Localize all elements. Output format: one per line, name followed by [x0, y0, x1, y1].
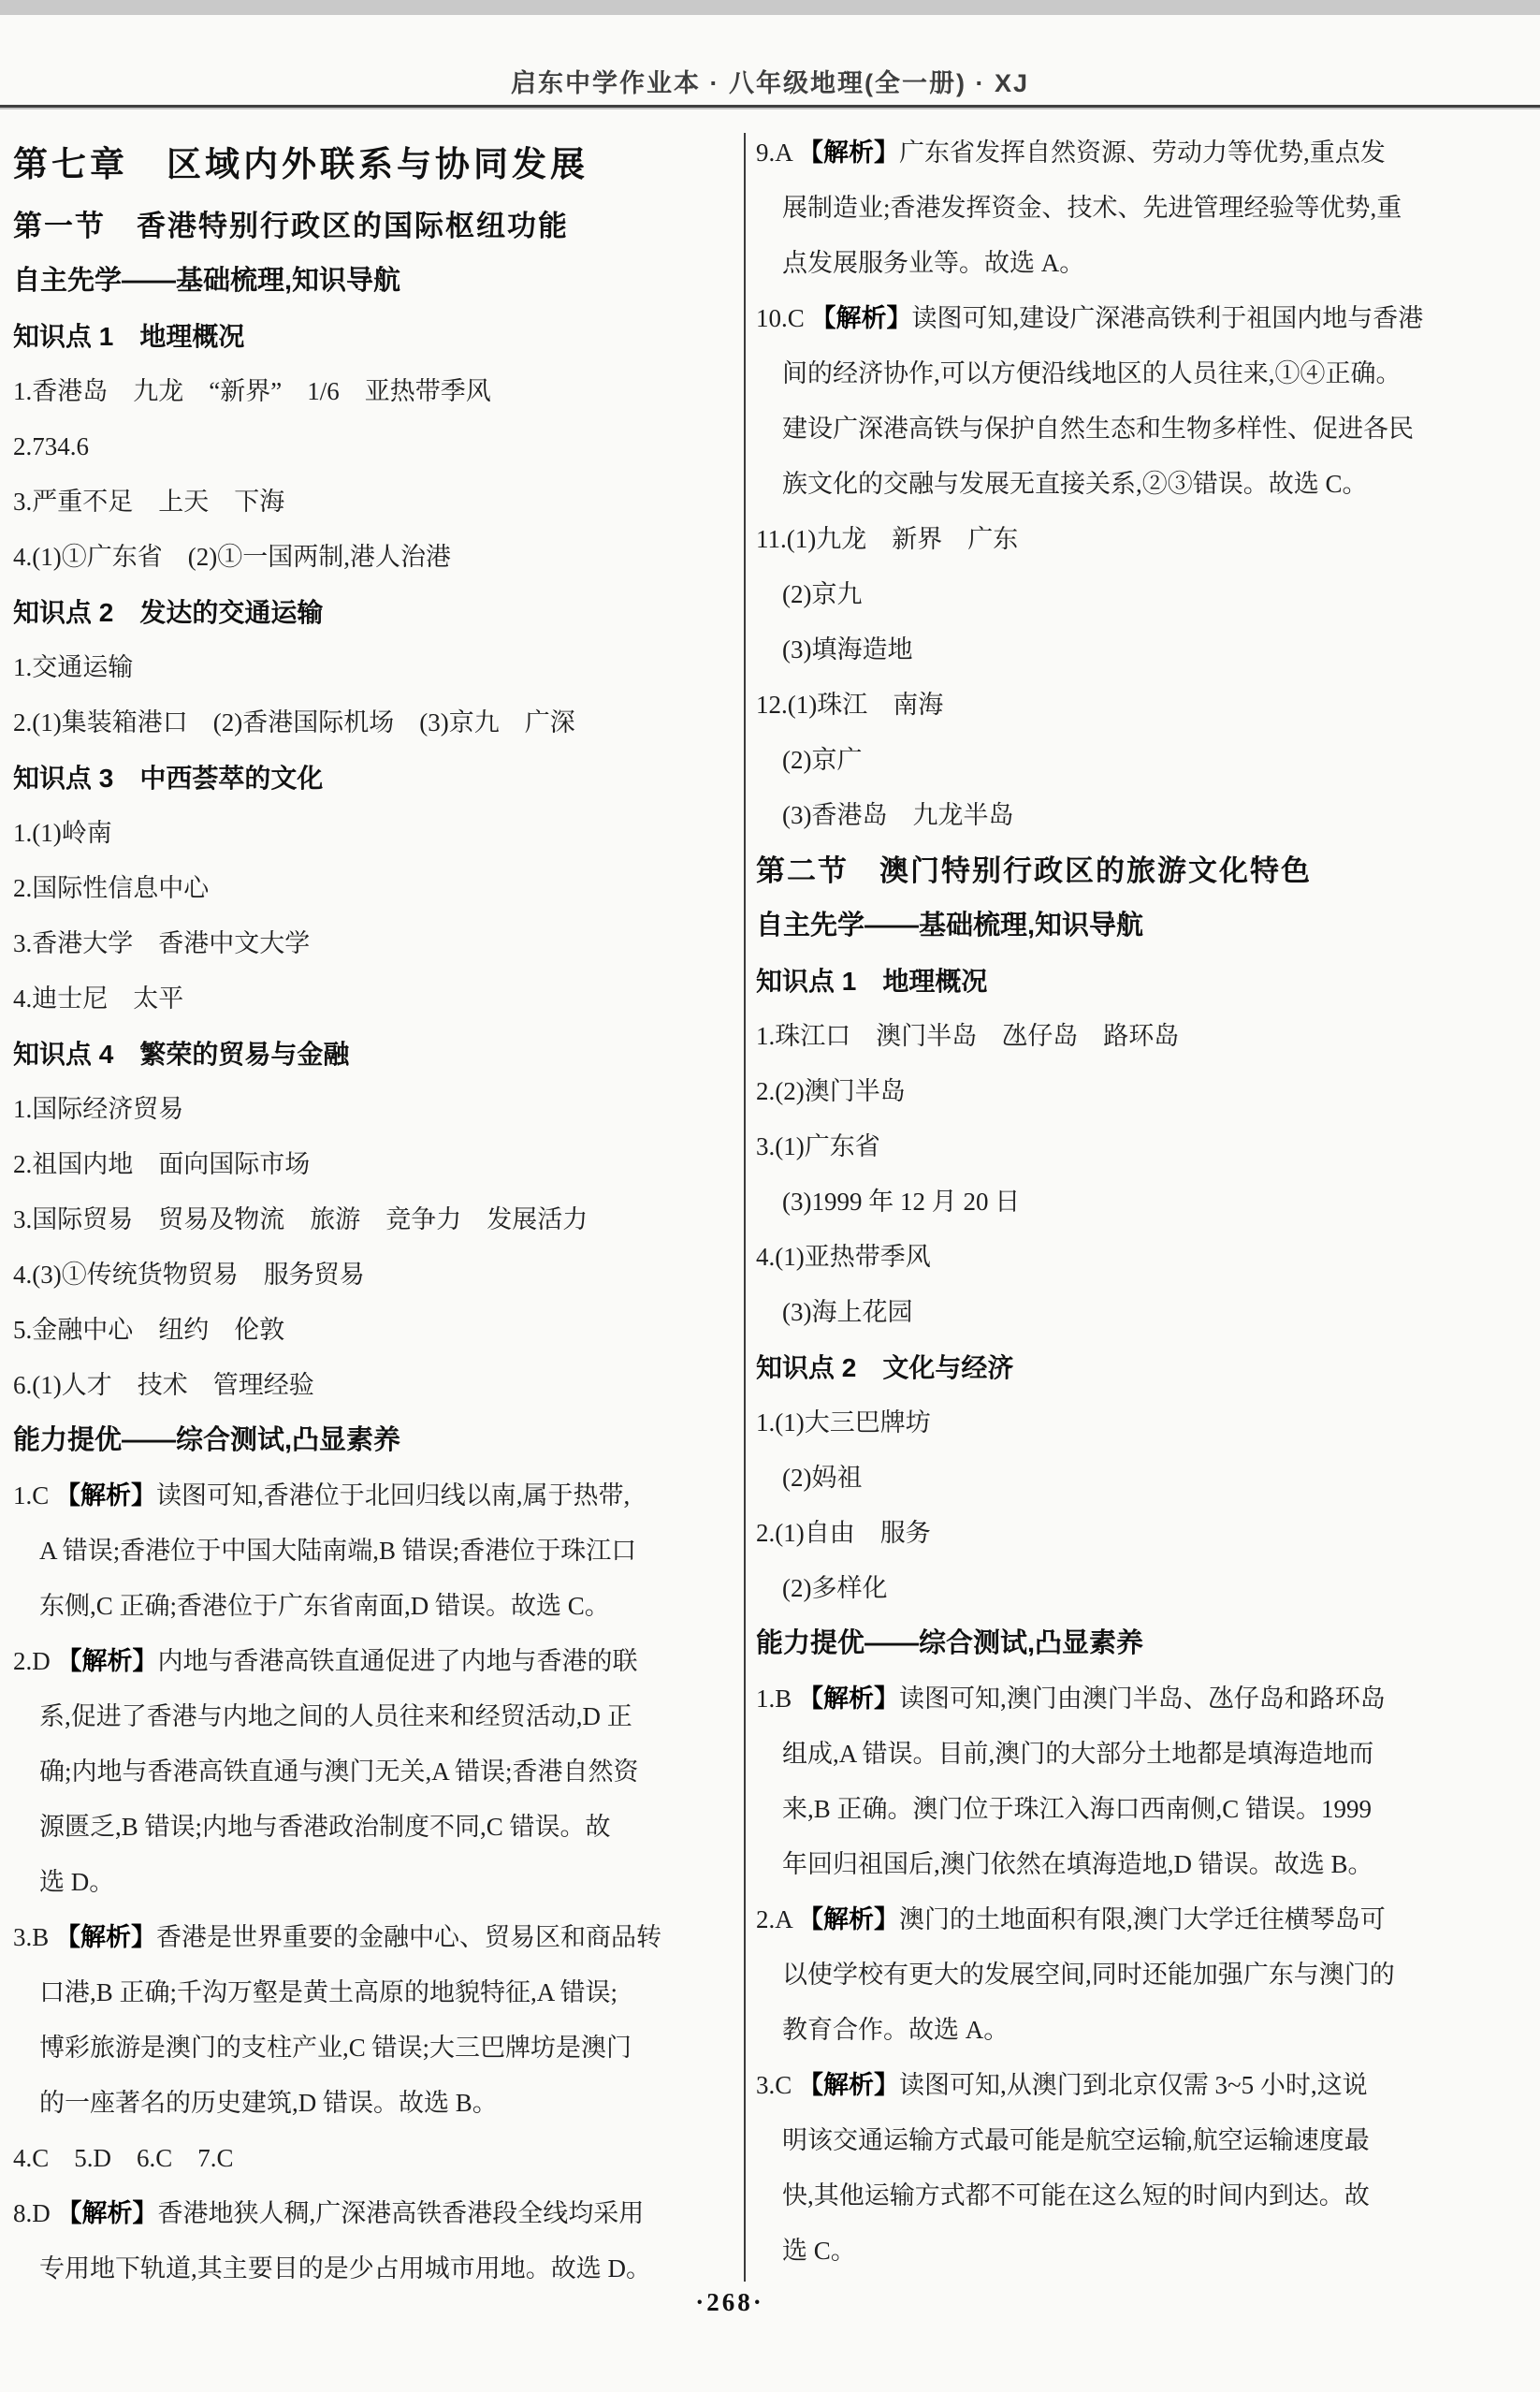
answer-line: 3.香港大学 香港中文大学: [13, 916, 739, 971]
answer-line: 来,B 正确。澳门位于珠江入海口西南侧,C 错误。1999: [756, 1782, 1536, 1837]
answer-line: 6.(1)人才 技术 管理经验: [13, 1358, 739, 1413]
analysis-label: 【解析】: [811, 304, 912, 332]
answer-line: 源匮乏,B 错误;内地与香港政治制度不同,C 错误。故: [13, 1800, 739, 1855]
answer-line: 4.(1)亚热带季风: [756, 1230, 1536, 1285]
answer-line: 3.国际贸易 贸易及物流 旅游 竞争力 发展活力: [13, 1192, 739, 1247]
answer-line: 系,促进了香港与内地之间的人员往来和经贸活动,D 正: [13, 1689, 739, 1744]
answer-line: 3.B 【解析】香港是世界重要的金融中心、贸易区和商品转: [13, 1910, 739, 1965]
answer-line: 建设广深港高铁与保护自然生态和生物多样性、促进各民: [756, 401, 1536, 457]
answer-line: (3)海上花园: [756, 1285, 1536, 1340]
page-number: ·268·: [0, 2288, 1460, 2317]
answer-line: 2.(2)澳门半岛: [756, 1064, 1536, 1119]
answer-line: 8.D 【解析】香港地狭人稠,广深港高铁香港段全线均采用: [13, 2186, 739, 2241]
answer-line: 明该交通运输方式最可能是航空运输,航空运输速度最: [756, 2113, 1536, 2168]
answer-line: 博彩旅游是澳门的支柱产业,C 错误;大三巴牌坊是澳门: [13, 2020, 739, 2076]
analysis-label: 【解析】: [798, 1685, 899, 1713]
analysis-label: 【解析】: [798, 139, 899, 167]
knowledge-point-heading: 知识点 3 中西荟萃的文化: [13, 751, 739, 806]
answer-line: 4.C 5.D 6.C 7.C: [13, 2131, 739, 2186]
workbook-page: 启东中学作业本 · 八年级地理(全一册) · XJ 第七章 区域内外联系与协同发…: [0, 0, 1540, 2392]
answer-line: (2)京九: [756, 567, 1536, 622]
knowledge-point-heading: 知识点 4 繁荣的贸易与金融: [13, 1027, 739, 1082]
header-rule: [0, 105, 1540, 109]
answer-line: 口港,B 正确;千沟万壑是黄土高原的地貌特征,A 错误;: [13, 1965, 739, 2020]
answer-line: 1.香港岛 九龙 “新界” 1/6 亚热带季风: [13, 364, 739, 419]
answer-line: 的一座著名的历史建筑,D 错误。故选 B。: [13, 2076, 739, 2131]
answer-line: 2.祖国内地 面向国际市场: [13, 1137, 739, 1192]
answer-line: 2.(1)自由 服务: [756, 1506, 1536, 1561]
answer-line: 确;内地与香港高铁直通与澳门无关,A 错误;香港自然资: [13, 1744, 739, 1800]
answer-line: 4.(1)①广东省 (2)①一国两制,港人治港: [13, 530, 739, 585]
answer-line: 9.A 【解析】广东省发挥自然资源、劳动力等优势,重点发: [756, 125, 1536, 181]
answer-line: 间的经济协作,可以方便沿线地区的人员往来,①④正确。: [756, 346, 1536, 401]
answer-line: (2)多样化: [756, 1561, 1536, 1616]
section-title: 第一节 香港特别行政区的国际枢纽功能: [13, 198, 739, 254]
analysis-label: 【解析】: [55, 1923, 156, 1951]
answer-line: 3.严重不足 上天 下海: [13, 474, 739, 530]
answer-line: 以使学校有更大的发展空间,同时还能加强广东与澳门的: [756, 1947, 1536, 2003]
answer-line: 1.国际经济贸易: [13, 1082, 739, 1137]
page-header: 启东中学作业本 · 八年级地理(全一册) · XJ: [0, 67, 1540, 99]
answer-line: 教育合作。故选 A。: [756, 2003, 1536, 2058]
answer-line: 2.734.6: [13, 419, 739, 474]
answer-line: 2.D 【解析】内地与香港高铁直通促进了内地与香港的联: [13, 1634, 739, 1689]
answer-line: (3)填海造地: [756, 622, 1536, 678]
right-column: 9.A 【解析】广东省发挥自然资源、劳动力等优势,重点发展制造业;香港发挥资金、…: [756, 125, 1536, 2279]
answer-line: 3.(1)广东省: [756, 1119, 1536, 1174]
answer-line: 1.(1)大三巴牌坊: [756, 1395, 1536, 1451]
knowledge-point-heading: 知识点 1 地理概况: [756, 954, 1536, 1009]
knowledge-point-heading: 知识点 1 地理概况: [13, 309, 739, 364]
answer-line: 族文化的交融与发展无直接关系,②③错误。故选 C。: [756, 457, 1536, 512]
answer-line: 11.(1)九龙 新界 广东: [756, 512, 1536, 567]
answer-line: 点发展服务业等。故选 A。: [756, 236, 1536, 291]
subsection-heading: 自主先学——基础梳理,知识导航: [13, 254, 739, 309]
answer-line: 5.金融中心 纽约 伦敦: [13, 1303, 739, 1358]
section-title: 第二节 澳门特别行政区的旅游文化特色: [756, 843, 1536, 898]
answer-line: 1.(1)岭南: [13, 806, 739, 861]
answer-line: 展制造业;香港发挥资金、技术、先进管理经验等优势,重: [756, 181, 1536, 236]
left-column: 第七章 区域内外联系与协同发展第一节 香港特别行政区的国际枢纽功能自主先学——基…: [13, 131, 739, 2297]
answer-line: 2.国际性信息中心: [13, 861, 739, 916]
answer-line: 组成,A 错误。目前,澳门的大部分土地都是填海造地而: [756, 1727, 1536, 1782]
answer-line: 年回归祖国后,澳门依然在填海造地,D 错误。故选 B。: [756, 1837, 1536, 1892]
answer-line: 12.(1)珠江 南海: [756, 678, 1536, 733]
chapter-title: 第七章 区域内外联系与协同发展: [13, 131, 739, 198]
answer-line: 1.交通运输: [13, 640, 739, 695]
answer-line: 1.珠江口 澳门半岛 氹仔岛 路环岛: [756, 1009, 1536, 1064]
answer-line: (3)香港岛 九龙半岛: [756, 788, 1536, 843]
answer-line: (2)京广: [756, 733, 1536, 788]
subsection-heading: 能力提优——综合测试,凸显素养: [756, 1616, 1536, 1671]
scan-edge: [0, 0, 1540, 15]
answer-line: 选 D。: [13, 1855, 739, 1910]
subsection-heading: 自主先学——基础梳理,知识导航: [756, 898, 1536, 954]
answer-line: 2.(1)集装箱港口 (2)香港国际机场 (3)京九 广深: [13, 695, 739, 751]
analysis-label: 【解析】: [798, 2071, 899, 2099]
answer-line: 选 C。: [756, 2224, 1536, 2279]
answer-line: 1.C 【解析】读图可知,香港位于北回归线以南,属于热带,: [13, 1468, 739, 1524]
knowledge-point-heading: 知识点 2 文化与经济: [756, 1340, 1536, 1395]
answer-line: 东侧,C 正确;香港位于广东省南面,D 错误。故选 C。: [13, 1579, 739, 1634]
answer-line: 1.B 【解析】读图可知,澳门由澳门半岛、氹仔岛和路环岛: [756, 1671, 1536, 1727]
analysis-label: 【解析】: [55, 1481, 156, 1510]
analysis-label: 【解析】: [798, 1905, 899, 1933]
answer-line: 2.A 【解析】澳门的土地面积有限,澳门大学迁往横琴岛可: [756, 1892, 1536, 1947]
answer-line: 4.(3)①传统货物贸易 服务贸易: [13, 1247, 739, 1303]
answer-line: 4.迪士尼 太平: [13, 971, 739, 1027]
analysis-label: 【解析】: [57, 1647, 158, 1675]
knowledge-point-heading: 知识点 2 发达的交通运输: [13, 585, 739, 640]
answer-line: (2)妈祖: [756, 1451, 1536, 1506]
column-divider: [744, 133, 746, 2282]
answer-line: 3.C 【解析】读图可知,从澳门到北京仅需 3~5 小时,这说: [756, 2058, 1536, 2113]
answer-line: A 错误;香港位于中国大陆南端,B 错误;香港位于珠江口: [13, 1524, 739, 1579]
analysis-label: 【解析】: [57, 2199, 158, 2227]
answer-line: 10.C 【解析】读图可知,建设广深港高铁利于祖国内地与香港: [756, 291, 1536, 346]
answer-line: (3)1999 年 12 月 20 日: [756, 1174, 1536, 1230]
answer-line: 快,其他运输方式都不可能在这么短的时间内到达。故: [756, 2168, 1536, 2224]
subsection-heading: 能力提优——综合测试,凸显素养: [13, 1413, 739, 1468]
